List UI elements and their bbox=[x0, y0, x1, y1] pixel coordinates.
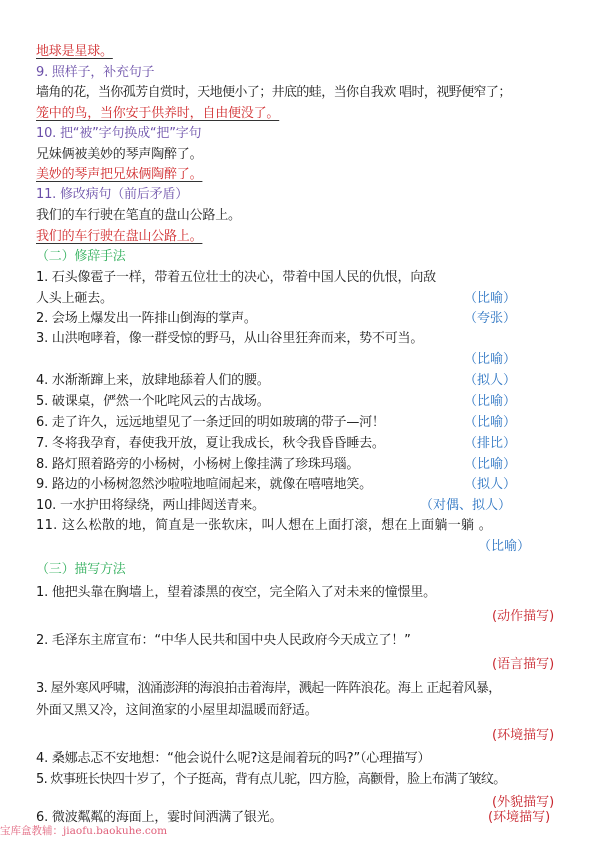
rhetoric-item-3: 3. 山洪咆哮着，像一群受惊的野马，从山谷里狂奔而来，势不可当。 bbox=[36, 331, 423, 347]
rhetoric-item-4: 4. 水渐渐蹿上来，放肆地舔着人们的腰。 bbox=[36, 373, 270, 389]
rhetoric-item-11-tag: （比喻） bbox=[478, 539, 530, 555]
question-10-original: 兄妹俩被美妙的琴声陶醉了。 bbox=[36, 147, 202, 163]
description-item-2: 2. 毛泽东主席宣布：“中华人民共和国中央人民政府今天成立了！” bbox=[36, 633, 411, 649]
rhetoric-item-1-tag: （比喻） bbox=[464, 291, 516, 307]
question-10-title: 10. 把“被”字句换成“把”字句 bbox=[36, 126, 201, 142]
rhetoric-item-9-tag: （拟人） bbox=[464, 477, 516, 493]
description-heading: （三）描写方法 bbox=[36, 562, 126, 578]
rhetoric-item-5-tag: （比喻） bbox=[464, 394, 516, 410]
rhetoric-item-3-tag: （比喻） bbox=[464, 352, 516, 368]
question-11-title: 11. 修改病句（前后矛盾） bbox=[36, 187, 188, 203]
description-item-1: 1. 他把头靠在胸墙上，望着漆黑的夜空，完全陷入了对未来的憧憬里。 bbox=[36, 585, 436, 601]
rhetoric-item-4-tag: （拟人） bbox=[464, 373, 516, 389]
question-11-answer: 我们的车行驶在盘山公路上。 bbox=[36, 229, 216, 245]
rhetoric-item-2: 2. 会场上爆发出一阵排山倒海的掌声。 bbox=[36, 311, 257, 327]
rhetoric-item-1-line1: 1. 石头像雹子一样，带着五位壮士的决心，带着中国人民的仇恨，向敌 bbox=[36, 270, 436, 286]
rhetoric-item-7: 7. 冬将我孕育，春使我开放，夏让我成长，秋令我昏昏睡去。 bbox=[36, 436, 385, 452]
rhetoric-item-1-line2: 人头上砸去。 bbox=[36, 291, 113, 307]
rhetoric-item-5: 5. 破课桌，俨然一个叱咤风云的古战场。 bbox=[36, 394, 270, 410]
description-item-3-tag: (环境描写) bbox=[492, 728, 554, 744]
question-11-original: 我们的车行驶在笔直的盘山公路上。 bbox=[36, 208, 241, 224]
rhetoric-item-7-tag: （排比） bbox=[464, 436, 516, 452]
question-9-title: 9. 照样子，补充句子 bbox=[36, 65, 154, 81]
rhetoric-item-11: 11. 这么松散的地，简直是一张软床，叫人想在上面打滚，想在上面躺一躺 。 bbox=[36, 518, 492, 534]
question-10-answer: 美妙的琴声把兄妹俩陶醉了。 bbox=[36, 167, 216, 183]
description-item-3-line1: 3. 屋外寒风呼啸，汹涌澎湃的海浪拍击着海岸，溅起一阵阵浪花。海上 正起着风暴， bbox=[36, 681, 501, 697]
rhetoric-item-8-tag: （比喻） bbox=[464, 457, 516, 473]
description-item-3-line2: 外面又黑又冷，这间渔家的小屋里却温暖而舒适。 bbox=[36, 703, 318, 719]
rhetoric-item-6-tag: （比喻） bbox=[464, 415, 516, 431]
rhetoric-item-10-tag: （对偶、拟人） bbox=[420, 498, 511, 514]
answer-8: 地球是星球。 bbox=[36, 44, 127, 60]
rhetoric-heading: （二）修辞手法 bbox=[36, 249, 126, 265]
rhetoric-item-8: 8. 路灯照着路旁的小杨树，小杨树上像挂满了珍珠玛瑙。 bbox=[36, 457, 359, 473]
description-item-2-tag: (语言描写) bbox=[492, 657, 554, 673]
rhetoric-item-9: 9. 路边的小杨树忽然沙啦啦地喧闹起来，就像在嘻嘻地笑。 bbox=[36, 477, 372, 493]
watermark-footer: 宝库盒教辅：jiaofu.baokuhe.com bbox=[0, 823, 167, 838]
description-item-1-tag: (动作描写) bbox=[492, 609, 554, 625]
question-9-example: 墙角的花，当你孤芳自赏时，天地便小了；井底的蛙，当你自我欢 唱时，视野便窄了； bbox=[36, 85, 511, 101]
rhetoric-item-6: 6. 走了许久，远远地望见了一条迂回的明如玻璃的带子—河！ bbox=[36, 415, 385, 431]
rhetoric-item-2-tag: （夸张） bbox=[464, 311, 516, 327]
rhetoric-item-10: 10. 一水护田将绿绕，两山排闼送青来。 bbox=[36, 498, 265, 514]
description-item-6-tag: (环境描写) bbox=[488, 810, 550, 826]
description-item-5-tag: (外貌描写) bbox=[492, 795, 554, 811]
description-item-4: 4. 桑娜忐忑不安地想：“他会说什么呢?这是闹着玩的吗?”（心理描写） bbox=[36, 751, 430, 767]
question-9-answer: 笼中的鸟，当你安于供养时，自由便没了。 bbox=[36, 106, 293, 122]
description-item-5: 5. 炊事班长快四十岁了，个子挺高，背有点儿驼，四方脸，高颧骨，脸上布满了皱纹。 bbox=[36, 772, 506, 788]
